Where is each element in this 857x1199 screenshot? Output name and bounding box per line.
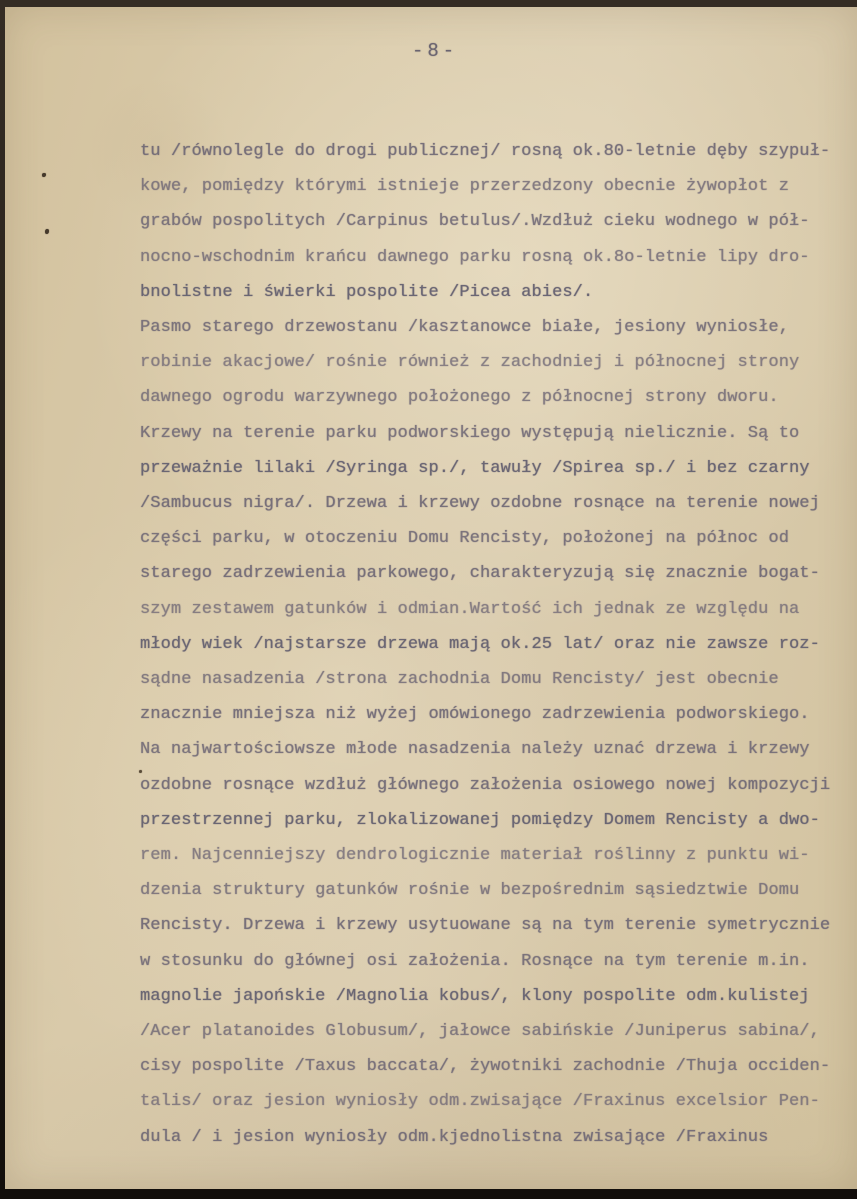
text-line: w stosunku do głównej osi założenia. Ros… (140, 944, 846, 979)
typewritten-text: tu /równolegle do drogi publicznej/ rosn… (140, 134, 846, 1155)
text-line: cisy pospolite /Taxus baccata/, żywotnik… (140, 1049, 846, 1084)
text-line: części parku, w otoczeniu Domu Rencisty,… (140, 521, 846, 556)
text-line: tu /równolegle do drogi publicznej/ rosn… (140, 134, 846, 169)
text-line: Krzewy na terenie parku podworskiego wys… (140, 416, 846, 451)
text-line: /Acer platanoides Globusum/, jałowce sab… (140, 1014, 846, 1049)
text-line: Na najwartościowsze młode nasadzenia nal… (140, 732, 846, 767)
text-line: dzenia struktury gatunków rośnie w bezpo… (140, 873, 846, 908)
text-line: talis/ oraz jesion wyniosły odm.zwisając… (140, 1084, 846, 1119)
text-line: kowe, pomiędzy którymi istnieje przerzed… (140, 169, 846, 204)
text-line: młody wiek /najstarsze drzewa mają ok.25… (140, 627, 846, 662)
text-line: ozdobne rosnące wzdłuż głównego założeni… (140, 768, 846, 803)
text-line: dula / i jesion wyniosły odm.kjednolistn… (140, 1120, 846, 1155)
text-line: magnolie japońskie /Magnolia kobus/, klo… (140, 979, 846, 1014)
text-line: Pasmo starego drzewostanu /kasztanowce b… (140, 310, 846, 345)
text-line: rem. Najcenniejszy dendrologicznie mater… (140, 838, 846, 873)
page-number: -8- (412, 40, 458, 62)
text-line: /Sambucus nigra/. Drzewa i krzewy ozdobn… (140, 486, 846, 521)
text-line: sądne nasadzenia /strona zachodnia Domu … (140, 662, 846, 697)
text-line: Rencisty. Drzewa i krzewy usytuowane są … (140, 908, 846, 943)
text-line: grabów pospolitych /Carpinus betulus/.Wz… (140, 204, 846, 239)
text-line: szym zestawem gatunków i odmian.Wartość … (140, 592, 846, 627)
text-line: znacznie mniejsza niż wyżej omówionego z… (140, 697, 846, 732)
text-line: starego zadrzewienia parkowego, charakte… (140, 556, 846, 591)
text-line: bnolistne i świerki pospolite /Picea abi… (140, 275, 846, 310)
paper-speck (42, 173, 46, 177)
text-line: robinie akacjowe/ rośnie również z zacho… (140, 345, 846, 380)
text-line: nocno-wschodnim krańcu dawnego parku ros… (140, 240, 846, 275)
text-line: przeważnie lilaki /Syringa sp./, tawuły … (140, 451, 846, 486)
scanned-document: -8- tu /równolegle do drogi publicznej/ … (0, 0, 857, 1199)
text-line: dawnego ogrodu warzywnego położonego z p… (140, 380, 846, 415)
paper-speck (45, 229, 49, 234)
text-line: przestrzennej parku, zlokalizowanej pomi… (140, 803, 846, 838)
